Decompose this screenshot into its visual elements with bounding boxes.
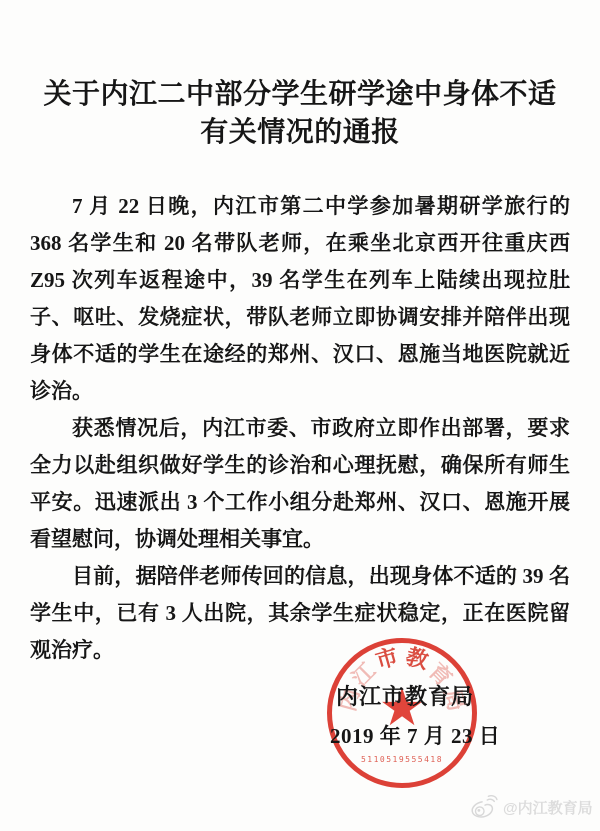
document-title: 关于内江二中部分学生研学途中身体不适 有关情况的通报 — [0, 76, 600, 152]
notice-document-page: 关于内江二中部分学生研学途中身体不适 有关情况的通报 7 月 22 日晚，内江市… — [0, 0, 600, 831]
paragraph-incident: 7 月 22 日晚，内江市第二中学参加暑期研学旅行的 368 名学生和 20 名… — [30, 188, 570, 410]
seal-registration-number: 5110519555418 — [355, 755, 449, 764]
issuing-agency: 内江市教育局 — [336, 680, 474, 711]
weibo-icon — [468, 794, 498, 820]
watermark-text: @内江教育局 — [503, 797, 593, 818]
title-line-2: 有关情况的通报 — [0, 114, 600, 152]
document-body: 7 月 22 日晚，内江市第二中学参加暑期研学旅行的 368 名学生和 20 名… — [30, 188, 570, 669]
title-line-1: 关于内江二中部分学生研学途中身体不适 — [0, 76, 600, 114]
paragraph-status: 目前，据陪伴老师传回的信息，出现身体不适的 39 名学生中，已有 3 人出院，其… — [30, 558, 570, 669]
weibo-watermark: @内江教育局 — [468, 794, 593, 820]
official-seal: 内 江 市 教 育 局 ★ 5110519555418 — [327, 638, 477, 788]
issue-date: 2019 年 7 月 23 日 — [330, 720, 500, 750]
paragraph-response: 获悉情况后，内江市委、市政府立即作出部署，要求全力以赴组织做好学生的诊治和心理抚… — [30, 410, 570, 558]
